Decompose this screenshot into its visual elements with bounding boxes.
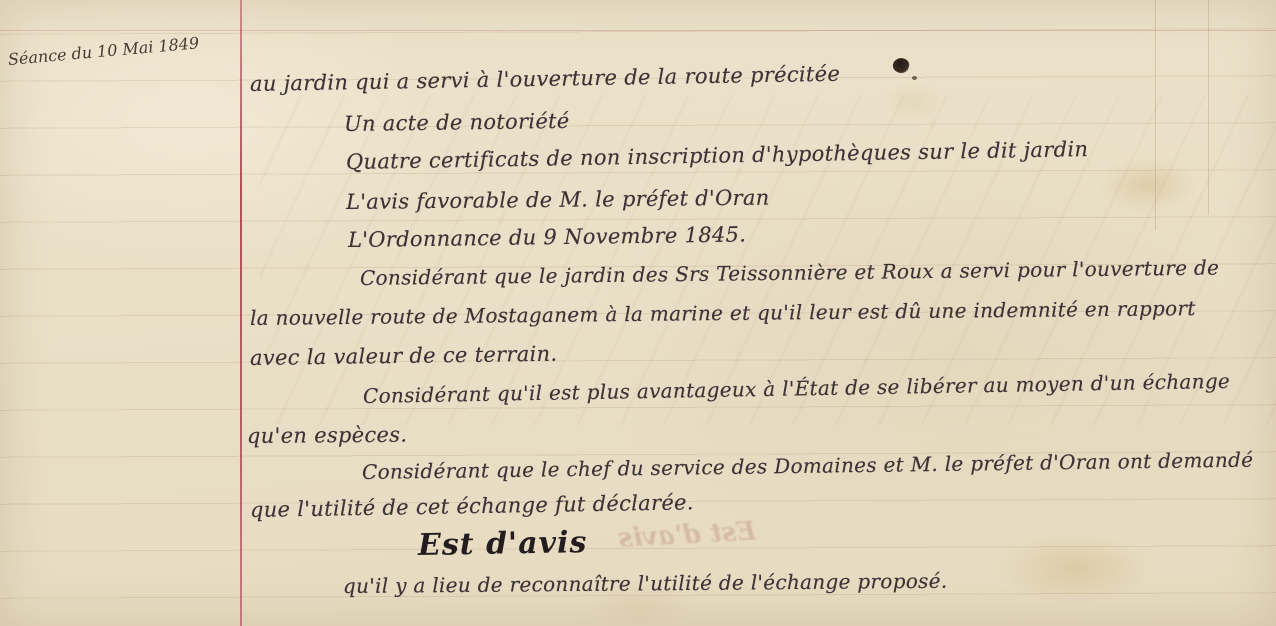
- red-margin-line: [240, 0, 242, 626]
- decision-heading: Est d'avis: [418, 525, 588, 563]
- manuscript-line: avec la valeur de ce terrain.: [250, 342, 558, 370]
- manuscript-line: L'avis favorable de M. le préfet d'Oran: [346, 186, 770, 214]
- column-line: [1155, 0, 1156, 230]
- manuscript-page: Séance du 10 Mai 1849 au jardin qui a se…: [0, 0, 1276, 626]
- ink-speck: [912, 76, 917, 80]
- manuscript-line: qu'en espèces.: [247, 423, 408, 448]
- top-ruled-line: [0, 30, 1276, 31]
- column-line: [1208, 0, 1209, 215]
- manuscript-line: Un acte de notoriété: [344, 109, 570, 136]
